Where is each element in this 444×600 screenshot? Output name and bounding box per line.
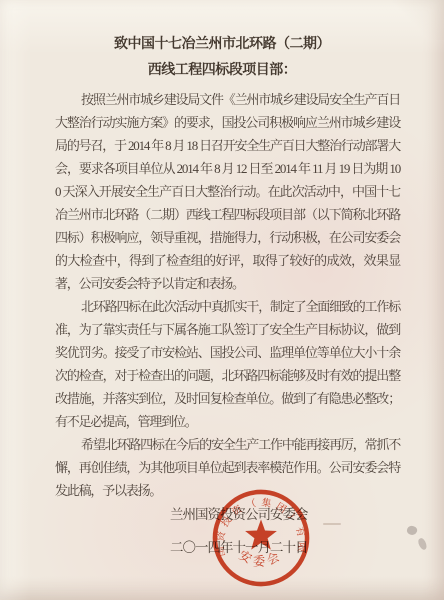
stamp-bottom-text: 安委会 xyxy=(237,547,285,568)
letter-title-line1: 致中国十七冶兰州市北环路（二期） xyxy=(0,33,444,53)
stamp-star-icon xyxy=(245,519,277,549)
letter-title-line2: 西线工程四标段项目部： xyxy=(0,59,444,79)
scanned-letter-page: 致中国十七冶兰州市北环路（二期） 西线工程四标段项目部： 按照兰州市城乡建设局文… xyxy=(0,0,444,600)
letter-paragraph-2: 北环路四标在此次活动中真抓实干，制定了全面细致的工作标准，为了靠实责任与下属各施… xyxy=(55,295,400,433)
ink-smudge xyxy=(406,525,418,537)
official-seal-stamp: 兰州国资投资（集团）有限公司 安委会 xyxy=(212,489,310,587)
letter-body: 按照兰州市城乡建设局文件《兰州市城乡建设局安全生产百日大整治行动实施方案》的要求… xyxy=(55,88,400,502)
paper-crease xyxy=(384,0,444,40)
ink-smudge xyxy=(417,537,429,551)
pencil-mark xyxy=(323,523,341,525)
letter-paragraph-1: 按照兰州市城乡建设局文件《兰州市城乡建设局安全生产百日大整治行动实施方案》的要求… xyxy=(55,88,400,295)
